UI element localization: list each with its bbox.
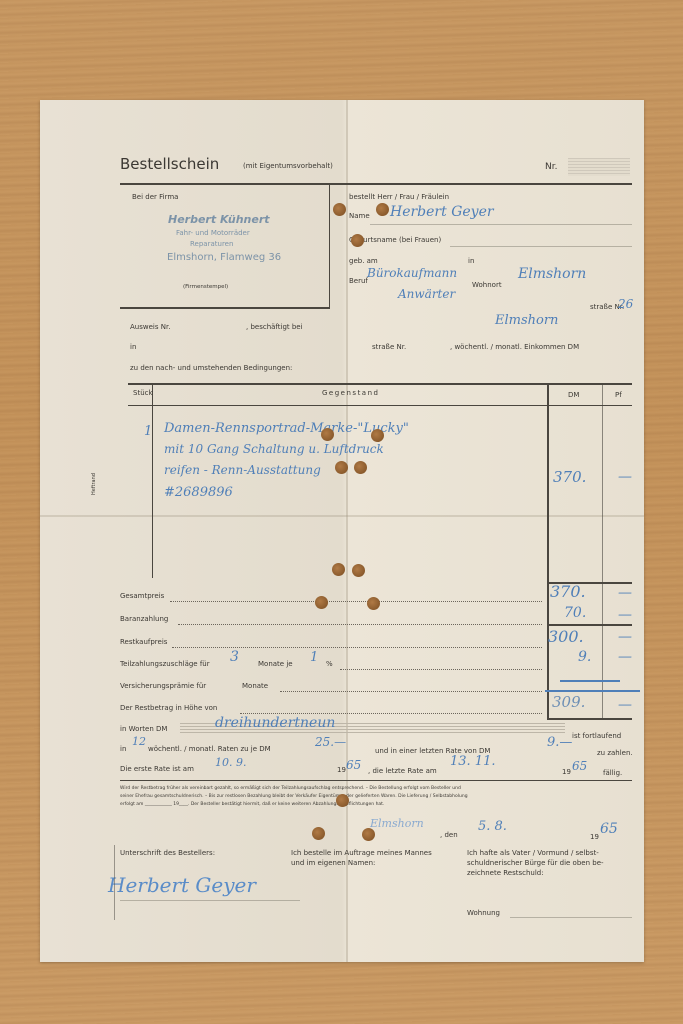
due-label: fällig. — [603, 770, 622, 777]
last-rate-year-prefix: 19 — [562, 769, 571, 776]
signature-year-prefix: 19 — [590, 834, 599, 841]
sum-underline — [560, 680, 620, 682]
job-label: Beruf — [349, 278, 368, 285]
residence-label: Wohnort — [472, 282, 502, 289]
installment-amount[interactable]: 25.— — [315, 736, 346, 748]
residence-value[interactable]: Elmshorn — [518, 267, 586, 281]
birth-place-label: in — [468, 258, 474, 265]
punch-hole — [376, 203, 389, 216]
dot-leader — [178, 623, 542, 625]
paper-fold-vertical — [346, 100, 348, 962]
first-rate-year-prefix: 19 — [337, 767, 346, 774]
guarantor-residence-line — [510, 917, 632, 918]
birth-date-label: geb. am — [349, 258, 378, 265]
signature-date[interactable]: 5. 8. — [478, 820, 507, 833]
punch-hole — [362, 828, 375, 841]
insurance-label: Versicherungsprämie für — [120, 683, 206, 690]
job-value-2[interactable]: Anwärter — [398, 288, 455, 300]
buyer-signature[interactable]: Herbert Geyer — [108, 875, 256, 895]
punch-hole — [351, 234, 364, 247]
ordered-by-label: bestellt Herr / Frau / Fräulein — [349, 194, 449, 201]
surcharge-percent-value[interactable]: 1 — [310, 651, 318, 664]
amount-in-words-label: in Worten DM — [120, 726, 167, 733]
subtotal-rule — [547, 624, 632, 626]
guarantor-label-3: zeichnete Restschuld: — [467, 870, 544, 877]
signature-left-rule — [114, 845, 115, 920]
qty-column-divider — [152, 383, 153, 578]
street-extra-value[interactable]: Elmshorn — [495, 314, 558, 327]
firm-box-bottom — [120, 307, 330, 309]
surcharge-percent-label: % — [326, 661, 333, 668]
installments-label: wöchentl. / monatl. Raten zu je DM — [148, 746, 271, 753]
amount-in-words-value[interactable]: dreihundertneun — [215, 716, 335, 730]
remaining-price-pf[interactable]: — — [618, 630, 632, 644]
buyer-signature-label: Unterschrift des Bestellers: — [120, 850, 215, 857]
street-value[interactable]: 26 — [618, 298, 633, 310]
total-price-dm[interactable]: 370. — [550, 584, 586, 600]
down-payment-label: Baranzahlung — [120, 616, 168, 623]
balance-label: Der Restbetrag in Höhe von — [120, 705, 217, 712]
spouse-label-1: Ich bestelle im Auftrage meines Mannes — [291, 850, 432, 857]
maiden-name-line — [450, 246, 632, 247]
total-price-pf[interactable]: — — [618, 586, 632, 600]
punch-hole — [335, 461, 348, 474]
dot-leader — [172, 646, 542, 648]
name-label: Name — [349, 213, 370, 220]
sum-underline — [545, 690, 640, 692]
down-payment-pf[interactable]: — — [618, 608, 632, 622]
binding-margin-label: Heftrand — [92, 473, 97, 495]
dot-leader — [170, 600, 542, 602]
row-qty[interactable]: 1 — [144, 425, 152, 438]
table-top-rule — [128, 383, 632, 385]
header-qty: Stück — [133, 390, 153, 397]
employer-street-label: straße Nr. — [372, 344, 406, 351]
surcharge-pf[interactable]: — — [618, 650, 632, 664]
punch-hole — [367, 597, 380, 610]
remaining-price-label: Restkaufpreis — [120, 639, 167, 646]
punch-hole — [371, 429, 384, 442]
fineprint-line-2: seiner Ehefrau gesamtschuldnerisch. – Bi… — [120, 795, 468, 800]
order-number-field[interactable] — [568, 158, 630, 176]
punch-hole — [354, 461, 367, 474]
row-item-line-3[interactable]: reifen - Renn-Ausstattung — [164, 464, 321, 476]
name-value[interactable]: Herbert Geyer — [390, 205, 494, 219]
total-bottom-rule — [547, 718, 632, 720]
header-dm: DM — [568, 392, 579, 399]
surcharge-months-label: Monate je — [258, 661, 293, 668]
punch-hole — [312, 827, 325, 840]
stamp-line-1: Fahr- und Motorräder — [176, 229, 250, 237]
surcharge-dm[interactable]: 9. — [578, 650, 591, 664]
header-item: Gegenstand — [322, 390, 379, 397]
punch-hole — [315, 596, 328, 609]
down-payment-dm[interactable]: 70. — [564, 606, 586, 620]
first-rate-year[interactable]: 65 — [346, 759, 361, 771]
insurance-months-label: Monate — [242, 683, 268, 690]
date-label: , den — [440, 832, 458, 839]
installment-surcharge-label: Teilzahlungszuschläge für — [120, 661, 210, 668]
employed-at-label: , beschäftigt bei — [246, 324, 303, 331]
last-rate-date[interactable]: 13. 11. — [450, 755, 495, 768]
conditions-label: zu den nach- und umstehenden Bedingungen… — [130, 365, 292, 372]
fineprint-line-1: Wird der Restbetrag früher als vereinbar… — [120, 787, 461, 792]
punch-hole — [336, 794, 349, 807]
dot-leader — [240, 712, 542, 714]
punch-hole — [352, 564, 365, 577]
balance-pf[interactable]: — — [618, 698, 632, 712]
last-rate-year[interactable]: 65 — [572, 760, 587, 772]
first-rate-date[interactable]: 10. 9. — [215, 757, 247, 768]
guarantor-label-2: schuldnerischer Bürge für die oben be- — [467, 860, 604, 867]
signature-year[interactable]: 65 — [600, 822, 618, 836]
total-price-label: Gesamtpreis — [120, 593, 164, 600]
job-value[interactable]: Bürokaufmann — [367, 267, 457, 279]
last-rate-date-label: , die letzte Rate am — [368, 768, 437, 775]
stamp-caption: (Firmenstempel) — [183, 285, 228, 291]
installments-count[interactable]: 12 — [132, 736, 146, 747]
first-rate-label: Die erste Rate ist am — [120, 766, 194, 773]
stamp-line-3: Elmshorn, Flamweg 36 — [167, 252, 281, 263]
dm-column-divider — [547, 383, 549, 718]
header-rule — [120, 183, 632, 185]
spouse-label-2: und im eigenen Namen: — [291, 860, 375, 867]
header-pf: Pf — [615, 392, 622, 399]
continuous-label: ist fortlaufend — [572, 733, 621, 740]
punch-hole — [321, 428, 334, 441]
order-number-label: Nr. — [545, 163, 557, 172]
last-rate-amount[interactable]: 9.— — [547, 736, 572, 749]
row-dm[interactable]: 370. — [553, 470, 586, 485]
firm-box-divider — [329, 184, 330, 308]
guarantor-label-1: Ich hafte als Vater / Vormund / selbst- — [467, 850, 599, 857]
stamp-name: Herbert Kühnert — [168, 213, 270, 226]
row-item-line-4[interactable]: #2689896 — [164, 486, 233, 499]
id-number-label: Ausweis Nr. — [130, 324, 170, 331]
balance-dm[interactable]: 309. — [552, 695, 585, 710]
employer-city-label: in — [130, 344, 136, 351]
signature-place[interactable]: Elmshorn — [370, 818, 424, 829]
punch-hole — [333, 203, 346, 216]
paper-fold-horizontal — [40, 515, 644, 517]
dot-leader — [340, 668, 542, 670]
table-header-rule — [128, 405, 632, 406]
pf-column-divider — [602, 383, 603, 718]
guarantor-residence-label: Wohnung — [467, 910, 500, 917]
punch-hole — [332, 563, 345, 576]
row-pf[interactable]: — — [618, 470, 632, 484]
surcharge-months-value[interactable]: 3 — [230, 650, 239, 664]
remaining-price-dm[interactable]: 300. — [548, 629, 584, 645]
row-item-line-2[interactable]: mit 10 Gang Schaltung u. Luftdruck — [164, 443, 384, 455]
stamp-line-2: Reparaturen — [190, 240, 233, 248]
payment-bottom-rule — [120, 780, 632, 781]
dot-leader — [280, 690, 542, 692]
pay-label: zu zahlen. — [597, 750, 633, 757]
order-form-paper: Bestellschein (mit Eigentumsvorbehalt) N… — [40, 100, 644, 962]
form-title: Bestellschein — [120, 157, 219, 172]
form-subtitle: (mit Eigentumsvorbehalt) — [243, 163, 333, 170]
firm-label: Bei der Firma — [132, 194, 178, 201]
income-label: , wöchentl. / monatl. Einkommen DM — [450, 344, 579, 351]
buyer-signature-line — [120, 900, 300, 901]
installments-in-label: in — [120, 746, 126, 753]
name-line — [370, 224, 632, 225]
